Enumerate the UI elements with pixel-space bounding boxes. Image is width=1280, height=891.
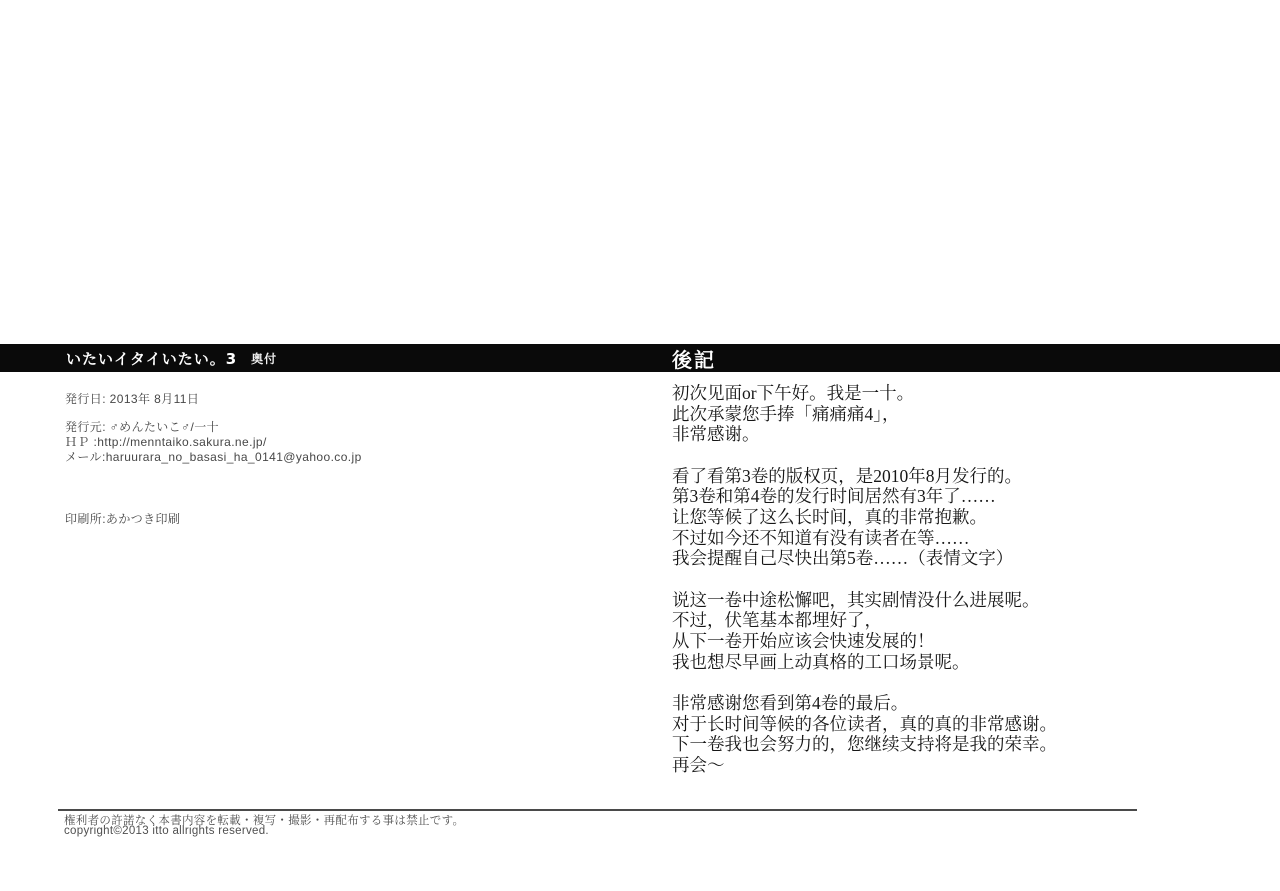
afterword-line: 初次见面or下午好。我是一十。 — [672, 383, 1092, 404]
publisher-block: 発行元: ♂めんたいこ♂/一十 ＨＰ :http://menntaiko.sak… — [65, 420, 362, 465]
afterword-line: 非常感谢。 — [672, 424, 1092, 445]
title-band: いたいイタイいたい。3 奥付 後記 — [0, 344, 1280, 372]
afterword-title: 後記 — [672, 344, 716, 373]
afterword-paragraph-3: 说这一卷中途松懈吧，其实剧情没什么进展呢。 不过，伏笔基本都埋好了， 从下一卷开… — [672, 590, 1092, 672]
afterword-paragraph-4: 非常感谢您看到第4卷的最后。 对于长时间等候的各位读者，真的真的非常感谢。 下一… — [672, 693, 1092, 775]
afterword-line: 看了看第3卷的版权页，是2010年8月发行的。 — [672, 466, 1092, 487]
afterword-line: 此次承蒙您手捧「痛痛痛4」， — [672, 404, 1092, 425]
title-band-right: 後記 — [672, 344, 716, 372]
afterword-text: 初次见面or下午好。我是一十。 此次承蒙您手捧「痛痛痛4」， 非常感谢。 看了看… — [672, 383, 1092, 797]
afterword-line: 我会提醒自己尽快出第5卷……（表情文字） — [672, 548, 1092, 569]
afterword-line: 不过如今还不知道有没有读者在等…… — [672, 528, 1092, 549]
afterword-paragraph-1: 初次见面or下午好。我是一十。 此次承蒙您手捧「痛痛痛4」， 非常感谢。 — [672, 383, 1092, 445]
afterword-paragraph-2: 看了看第3卷的版权页，是2010年8月发行的。 第3卷和第4卷的发行时间居然有3… — [672, 466, 1092, 569]
afterword-line: 第3卷和第4卷的发行时间居然有3年了…… — [672, 486, 1092, 507]
afterword-line: 让您等候了这么长时间，真的非常抱歉。 — [672, 507, 1092, 528]
copyright-line: copyright©2013 itto allrights reserved. — [64, 825, 269, 837]
afterword-line: 说这一卷中途松懈吧，其实剧情没什么进展呢。 — [672, 590, 1092, 611]
afterword-line: 非常感谢您看到第4卷的最后。 — [672, 693, 1092, 714]
homepage-url-line: ＨＰ :http://menntaiko.sakura.ne.jp/ — [65, 435, 362, 450]
afterword-line: 再会～ — [672, 755, 1092, 776]
printer-line: 印刷所:あかつき印刷 — [65, 510, 180, 527]
afterword-line: 从下一卷开始应该会快速发展的！ — [672, 631, 1092, 652]
publisher-line: 発行元: ♂めんたいこ♂/一十 — [65, 420, 362, 435]
afterword-line: 对于长时间等候的各位读者，真的真的非常感谢。 — [672, 714, 1092, 735]
email-line: メール:haruurara_no_basasi_ha_0141@yahoo.co… — [65, 450, 362, 465]
title-band-left: いたいイタイいたい。3 奥付 — [66, 344, 277, 372]
afterword-line: 我也想尽早画上动真格的工口场景呢。 — [672, 652, 1092, 673]
footer-divider-rule — [58, 809, 1137, 811]
series-title: いたいイタイいたい。3 — [66, 348, 237, 369]
colophon-label: 奥付 — [251, 350, 277, 367]
afterword-line: 下一卷我也会努力的，您继续支持将是我的荣幸。 — [672, 734, 1092, 755]
issue-date-line: 発行日: 2013年 8月11日 — [65, 390, 199, 407]
afterword-line: 不过，伏笔基本都埋好了， — [672, 610, 1092, 631]
